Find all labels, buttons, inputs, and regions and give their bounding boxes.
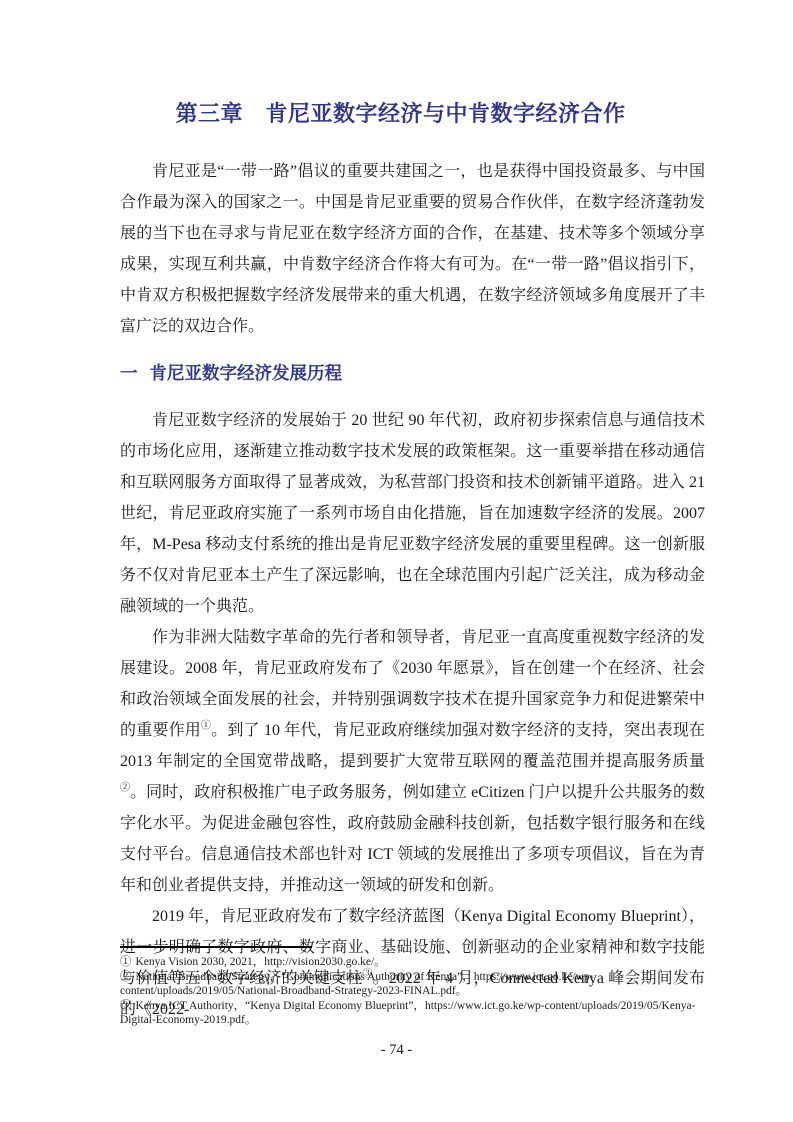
footnote-marker: ① [120, 956, 132, 968]
page-number: - 74 - [0, 1042, 793, 1059]
section-heading: 一肯尼亚数字经济发展历程 [120, 363, 705, 383]
footnote-marker: ③ [120, 1000, 132, 1012]
footnote-text: National Broadband Strategy，“Communicati… [120, 971, 593, 998]
body-paragraph: 肯尼亚数字经济的发展始于 20 世纪 90 年代初，政府初步探索信息与通信技术的… [120, 405, 705, 622]
section-title: 肯尼亚数字经济发展历程 [150, 363, 343, 383]
chapter-title: 第三章 肯尼亚数字经济与中肯数字经济合作 [96, 98, 705, 130]
body-paragraph: 肯尼亚是“一带一路”倡议的重要共建国之一，也是获得中国投资最多、与中国合作最为深… [120, 156, 705, 342]
section-numeral: 一 [120, 363, 138, 383]
footnote-item: ②National Broadband Strategy，“Communicat… [120, 970, 705, 999]
footnote-text: Kenya Vision 2030, 2021，http://vision203… [136, 956, 386, 968]
footnote-marker: ② [120, 971, 132, 983]
footnote-text: Kenya ICT Authority，“Kenya Digital Econo… [120, 1000, 695, 1027]
document-page: 第三章 肯尼亚数字经济与中肯数字经济合作 肯尼亚是“一带一路”倡议的重要共建国之… [0, 0, 793, 1122]
footnote-item: ③Kenya ICT Authority，“Kenya Digital Econ… [120, 999, 705, 1028]
body-paragraph: 作为非洲大陆数字革命的先行者和领导者，肯尼亚一直高度重视数字经济的发展建设。20… [120, 622, 705, 901]
footnotes-block: ①Kenya Vision 2030, 2021，http://vision20… [120, 946, 705, 1028]
footnote-item: ①Kenya Vision 2030, 2021，http://vision20… [120, 955, 705, 970]
footnote-separator [120, 946, 312, 948]
